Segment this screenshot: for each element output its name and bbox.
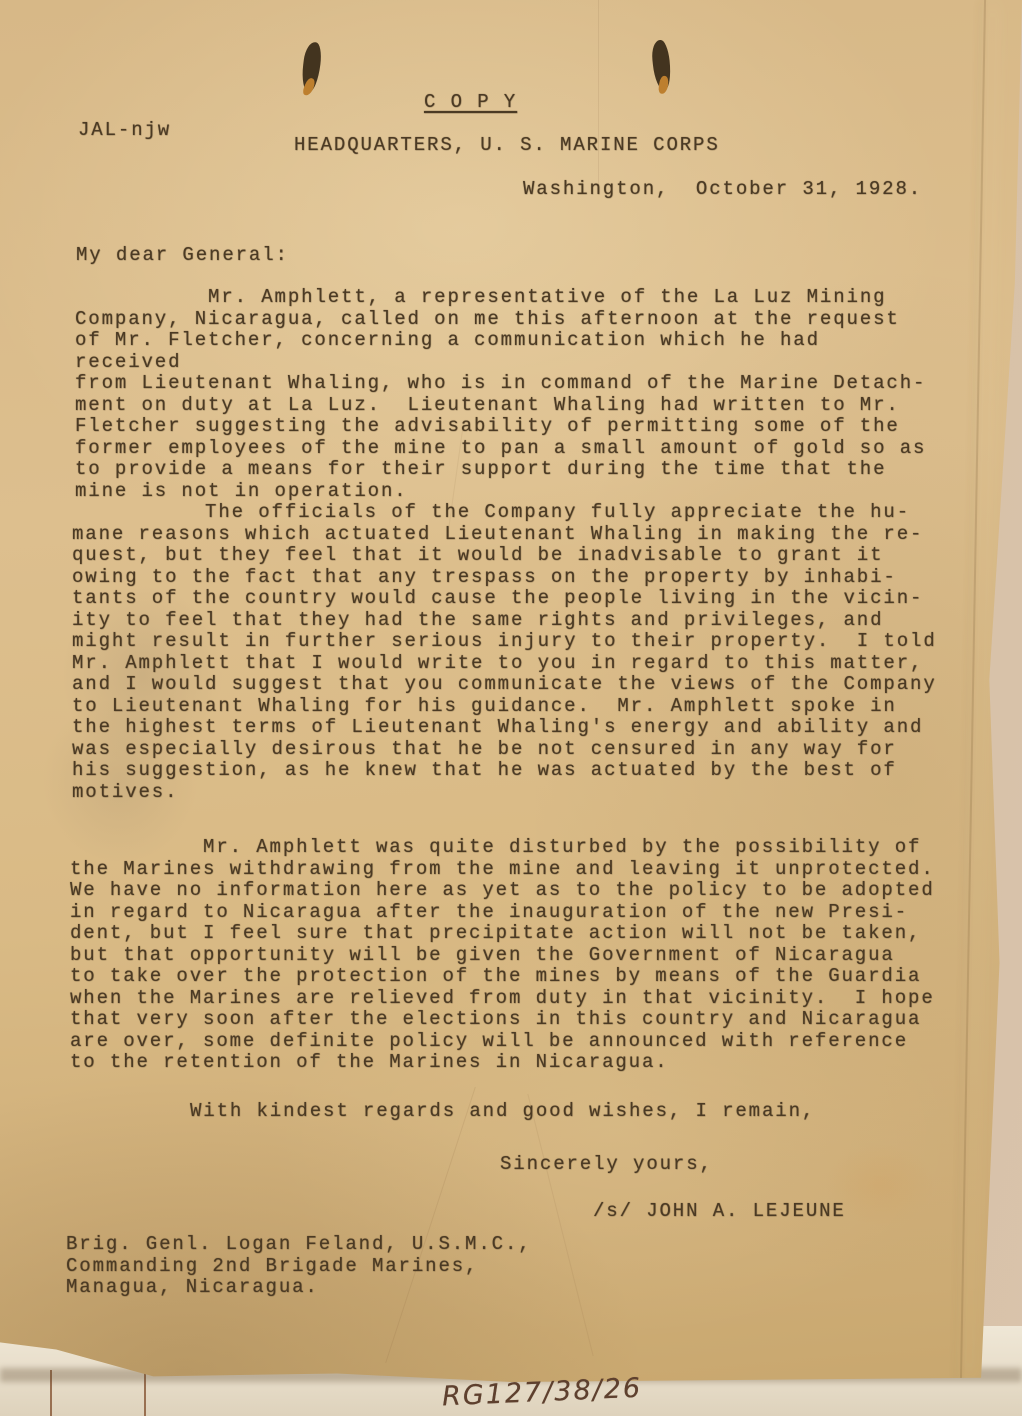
letter-page: C O P Y JAL-njw HEADQUARTERS, U. S. MARI… (0, 0, 1022, 1416)
paper-crease (527, 1094, 593, 1356)
paragraph-2: The officials of the Company fully appre… (72, 502, 942, 803)
paper-crease (598, 0, 599, 190)
dateline: Washington, October 31, 1928. (523, 179, 922, 201)
letterhead: HEADQUARTERS, U. S. MARINE CORPS (294, 135, 720, 157)
signature-line: /s/ JOHN A. LEJEUNE (593, 1201, 846, 1223)
paragraph-1: Mr. Amphlett, a representative of the La… (75, 287, 935, 502)
fastener-hole (650, 39, 672, 91)
recipient-address-block: Brig. Genl. Logan Feland, U.S.M.C., Comm… (66, 1234, 532, 1299)
fastener-hole (300, 41, 323, 93)
paper-crease (385, 1087, 476, 1363)
reference-initials: JAL-njw (78, 120, 171, 142)
paragraph-3: Mr. Amphlett was quite disturbed by the … (70, 837, 945, 1074)
copy-label: C O P Y (424, 92, 517, 114)
closing-line: With kindest regards and good wishes, I … (190, 1101, 815, 1123)
paper-fold-crease (960, 0, 986, 1380)
complimentary-close: Sincerely yours, (500, 1154, 713, 1176)
salutation: My dear General: (76, 245, 289, 267)
